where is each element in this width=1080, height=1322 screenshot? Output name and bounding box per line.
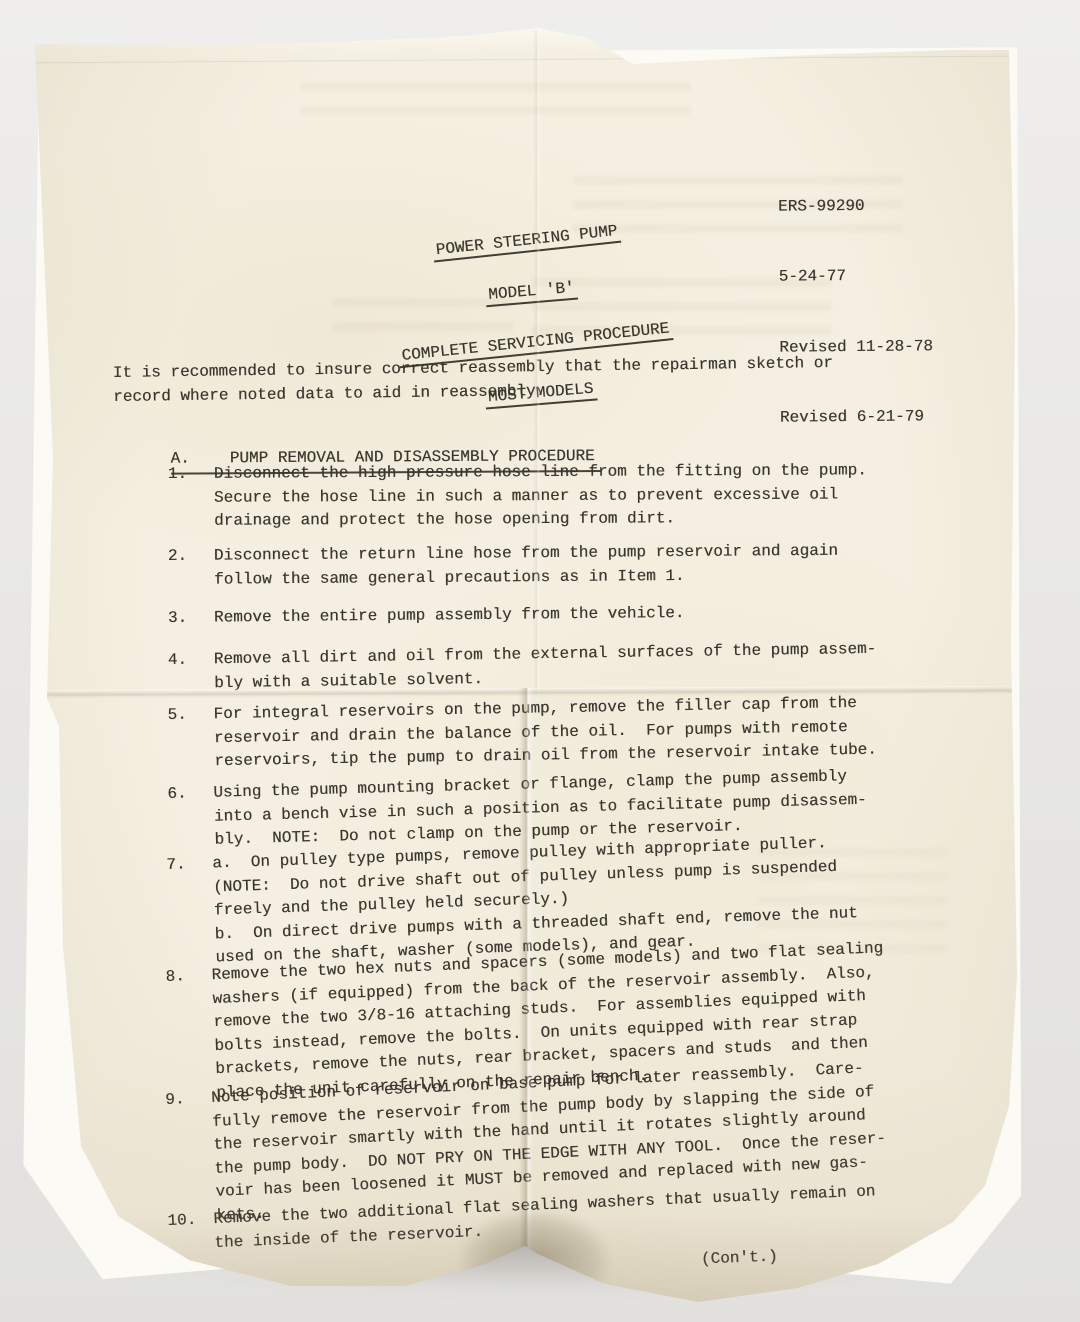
item-number: 3. xyxy=(168,607,214,631)
top-fold-curl xyxy=(33,23,1017,64)
document-title-block: POWER STEERING PUMP MODEL 'B' COMPLETE S… xyxy=(320,192,690,451)
list-item-3: 3. Remove the entire pump assembly from … xyxy=(168,600,920,631)
doc-date: 5-24-77 xyxy=(779,265,933,290)
item-number: 8. xyxy=(165,964,217,1107)
bleed-through-text xyxy=(300,82,690,114)
fold-crease-vertical-lower xyxy=(519,688,533,1263)
document-page: ERS-99290 5-24-77 Revised 11-28-78 Revis… xyxy=(33,26,1017,1308)
item-text: For integral reservoirs on the pump, rem… xyxy=(213,691,920,774)
item-number: 5. xyxy=(167,703,214,774)
item-number: 1. xyxy=(168,463,214,534)
item-text: Disconnect the high pressure hose line f… xyxy=(214,459,920,533)
item-text: Disconnect the return line hose from the… xyxy=(214,539,920,592)
fold-crease-vertical-upper xyxy=(533,30,541,692)
list-item-2: 2. Disconnect the return line hose from … xyxy=(168,539,920,592)
doc-reference-block: ERS-99290 5-24-77 Revised 11-28-78 Revis… xyxy=(778,147,934,477)
photo-background: ERS-99290 5-24-77 Revised 11-28-78 Revis… xyxy=(0,0,1080,1322)
item-text: Remove the entire pump assembly from the… xyxy=(214,600,920,630)
item-number: 6. xyxy=(167,782,215,854)
doc-revision-2: Revised 6-21-79 xyxy=(780,406,934,431)
item-number: 7. xyxy=(166,853,216,972)
doc-number: ERS-99290 xyxy=(778,194,932,219)
title-line-2: MODEL 'B' xyxy=(484,277,578,307)
item-number: 2. xyxy=(168,545,214,592)
list-item-5: 5. For integral reservoirs on the pump, … xyxy=(167,691,920,775)
title-line-1: POWER STEERING PUMP xyxy=(431,220,621,262)
intro-paragraph: It is recommended to insure correct reas… xyxy=(113,351,874,409)
list-item-1: 1. Disconnect the high pressure hose lin… xyxy=(168,459,920,533)
